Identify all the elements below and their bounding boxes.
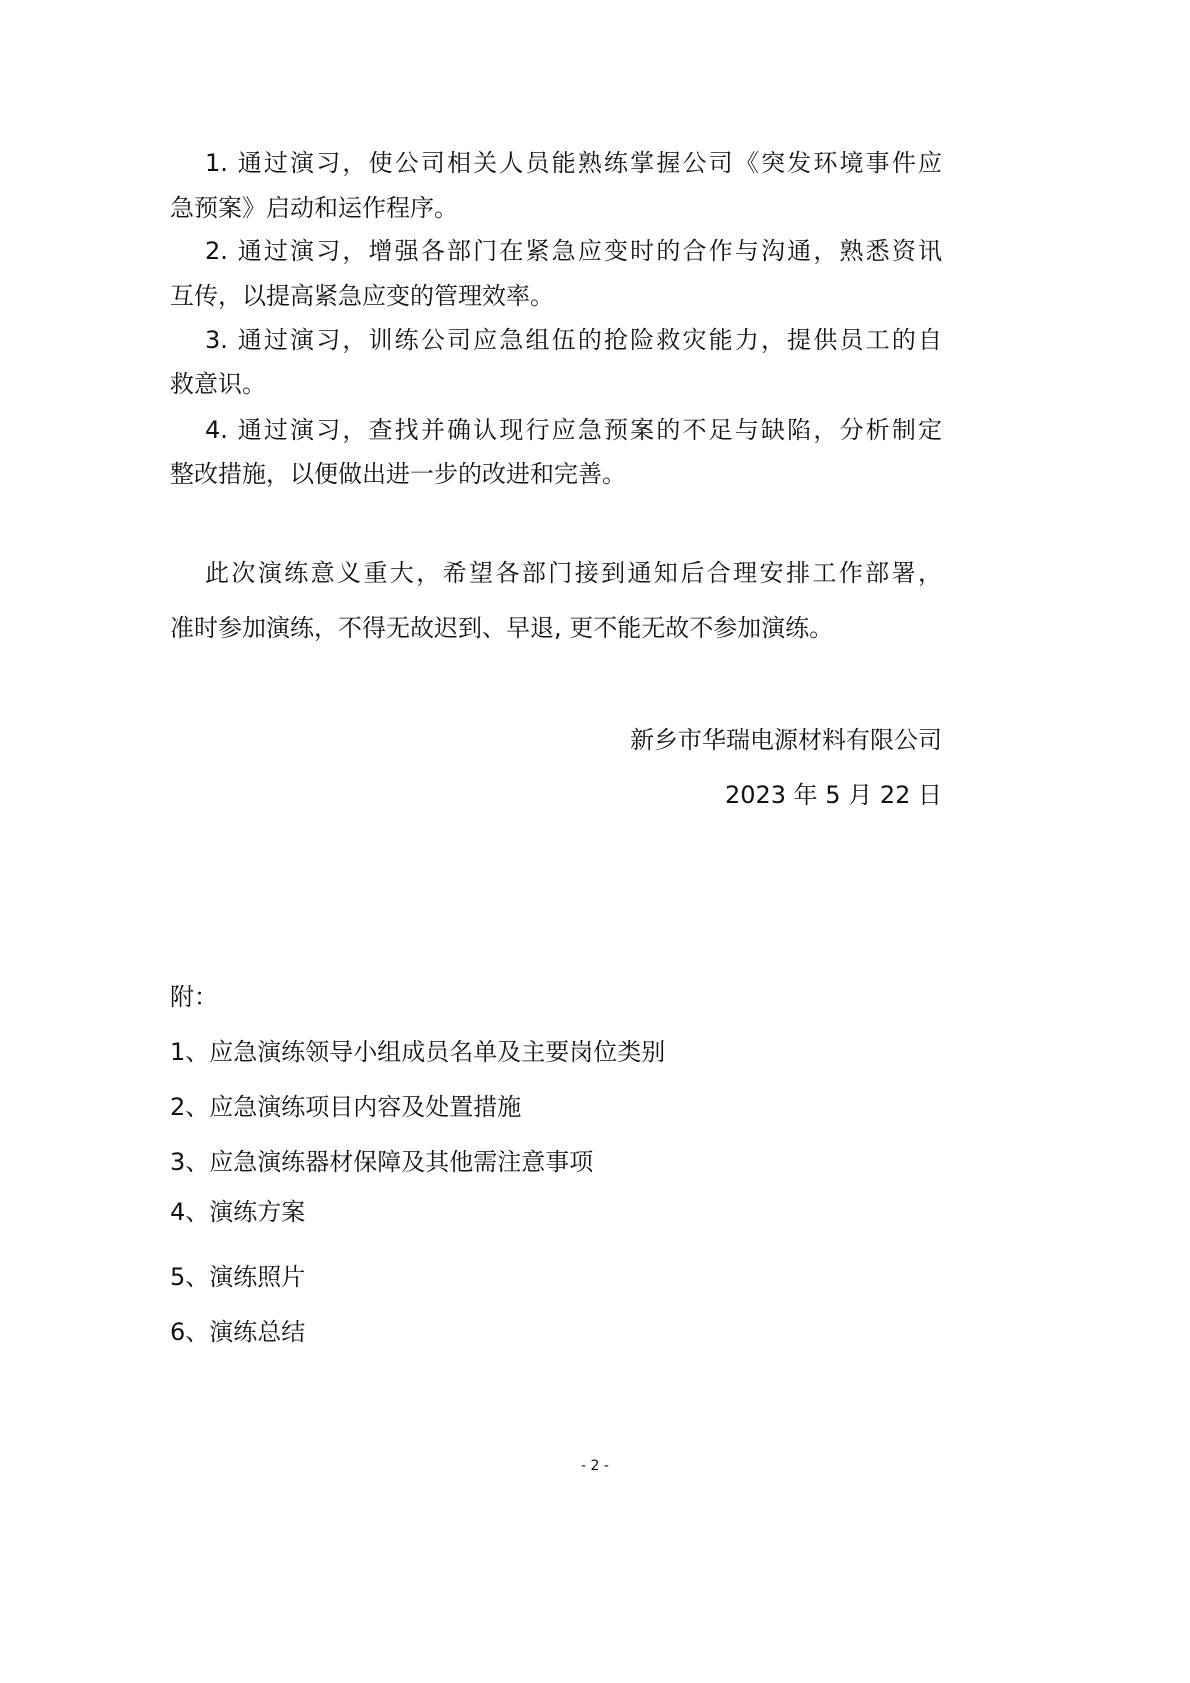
page-number: - 2 - — [0, 1458, 1190, 1474]
company-name: 新乡市华瑞电源材料有限公司 — [630, 725, 942, 755]
objective-2-line-2: 互传，以提高紧急应变的管理效率。 — [170, 281, 554, 311]
signature-date: 2023 年 5 月 22 日 — [725, 780, 942, 810]
closing-line-2: 准时参加演练，不得无故迟到、早退, 更不能无故不参加演练。 — [170, 613, 833, 643]
objective-1-line-2: 急预案》启动和运作程序。 — [170, 193, 458, 223]
attachment-item: 2、应急演练项目内容及处置措施 — [170, 1092, 521, 1122]
attachments-heading: 附： — [170, 982, 218, 1012]
attachment-item: 5、演练照片 — [170, 1262, 305, 1292]
objective-4-line-1: 4. 通过演习，查找并确认现行应急预案的不足与缺陷，分析制定 — [205, 415, 942, 445]
attachment-item: 3、应急演练器材保障及其他需注意事项 — [170, 1147, 593, 1177]
closing-line-1: 此次演练意义重大，希望各部门接到通知后合理安排工作部署， — [205, 558, 942, 588]
objective-3-line-1: 3. 通过演习，训练公司应急组伍的抢险救灾能力，提供员工的自 — [205, 325, 942, 355]
attachment-item: 1、应急演练领导小组成员名单及主要岗位类别 — [170, 1037, 665, 1067]
objective-2-line-1: 2. 通过演习，增强各部门在紧急应变时的合作与沟通，熟悉资讯 — [205, 236, 942, 266]
attachment-item: 6、演练总结 — [170, 1317, 305, 1347]
objective-3-line-2: 救意识。 — [170, 369, 266, 399]
objective-4-line-2: 整改措施，以便做出进一步的改进和完善。 — [170, 459, 626, 489]
attachment-item: 4、演练方案 — [170, 1197, 305, 1227]
objective-1-line-1: 1. 通过演习，使公司相关人员能熟练掌握公司《突发环境事件应 — [205, 148, 942, 178]
